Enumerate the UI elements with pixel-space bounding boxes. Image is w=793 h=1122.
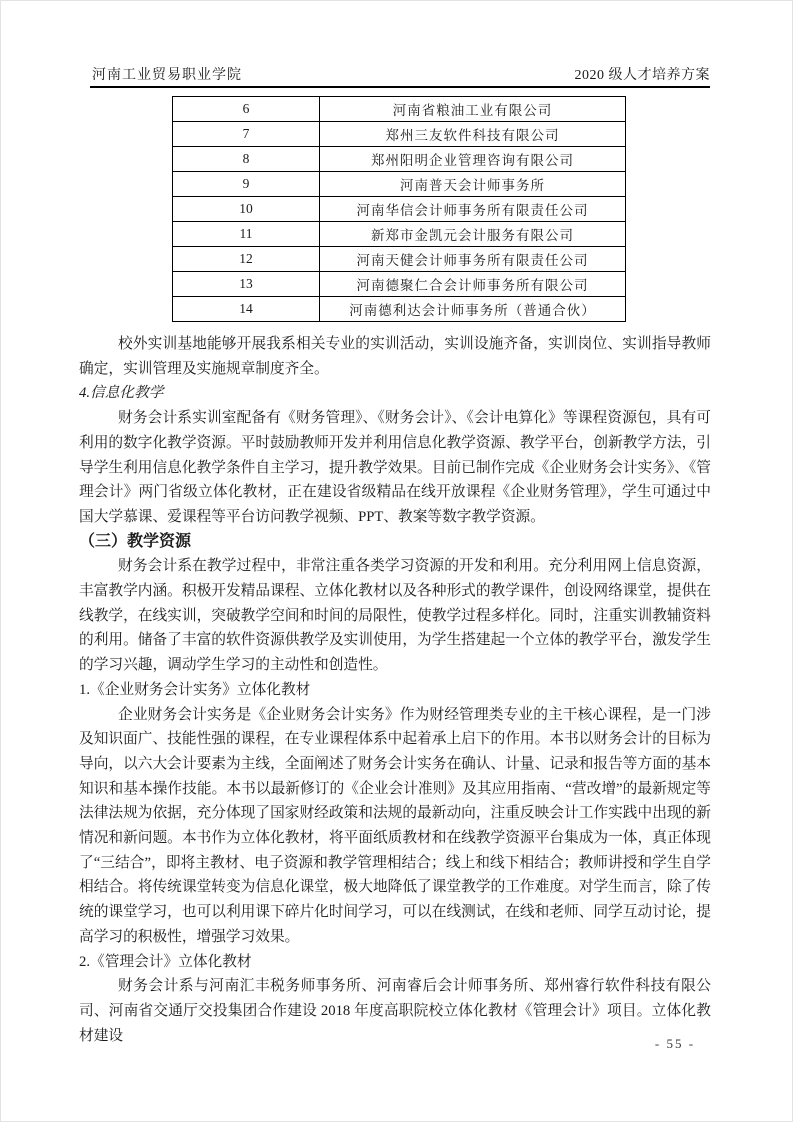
company-name-cell: 新郑市金凯元会计服务有限公司	[320, 222, 626, 247]
paragraph-informatization-teaching: 财务会计系实训室配备有《财务管理》、《财务会计》、《会计电算化》等课程资源包，具…	[79, 406, 711, 530]
table-row: 7 郑州三友软件科技有限公司	[173, 122, 626, 147]
row-number-cell: 8	[173, 147, 320, 172]
paragraph-textbook-1: 企业财务会计实务是《企业财务会计实务》作为财经管理类专业的主干核心课程，是一门涉…	[79, 703, 711, 950]
company-name-cell: 河南德聚仁合会计师事务所有限公司	[320, 272, 626, 297]
table-row: 6 河南省粮油工业有限公司	[173, 97, 626, 122]
table-row: 10 河南华信会计师事务所有限责任公司	[173, 197, 626, 222]
table-row: 8 郑州阳明企业管理咨询有限公司	[173, 147, 626, 172]
table-row: 11 新郑市金凯元会计服务有限公司	[173, 222, 626, 247]
subheading-textbook-2: 2.《管理会计》立体化教材	[79, 950, 711, 975]
company-name-cell: 河南普天会计师事务所	[320, 172, 626, 197]
body-content: 校外实训基地能够开展我系相关专业的实训活动，实训设施齐备，实训岗位、实训指导教师…	[79, 332, 711, 1048]
subheading-textbook-1: 1.《企业财务会计实务》立体化教材	[79, 678, 711, 703]
paragraph-teaching-resources: 财务会计系在教学过程中，非常注重各类学习资源的开发和利用。充分利用网上信息资源，…	[79, 554, 711, 678]
subheading-informatization-teaching: 4.信息化教学	[79, 381, 711, 406]
company-name-cell: 郑州三友软件科技有限公司	[320, 122, 626, 147]
row-number-cell: 14	[173, 297, 320, 322]
company-name-cell: 河南德利达会计师事务所（普通合伙）	[320, 297, 626, 322]
header-school-name: 河南工业贸易职业学院	[92, 64, 242, 84]
row-number-cell: 10	[173, 197, 320, 222]
document-page: 河南工业贸易职业学院 2020 级人才培养方案 6 河南省粮油工业有限公司 7 …	[0, 0, 793, 1122]
company-name-cell: 河南省粮油工业有限公司	[320, 97, 626, 122]
company-name-cell: 河南天健会计师事务所有限责任公司	[320, 247, 626, 272]
table-row: 13 河南德聚仁合会计师事务所有限公司	[173, 272, 626, 297]
row-number-cell: 13	[173, 272, 320, 297]
company-name-cell: 河南华信会计师事务所有限责任公司	[320, 197, 626, 222]
row-number-cell: 11	[173, 222, 320, 247]
section-heading-teaching-resources: （三）教学资源	[79, 530, 711, 555]
paragraph-textbook-2: 财务会计系与河南汇丰税务师事务所、河南睿后会计师事务所、郑州睿行软件科技有限公司…	[79, 974, 711, 1048]
row-number-cell: 12	[173, 247, 320, 272]
page-number: - 55 -	[640, 1036, 710, 1052]
row-number-cell: 7	[173, 122, 320, 147]
practice-base-table: 6 河南省粮油工业有限公司 7 郑州三友软件科技有限公司 8 郑州阳明企业管理咨…	[172, 96, 626, 322]
row-number-cell: 9	[173, 172, 320, 197]
header-rule	[90, 86, 710, 88]
table-row: 12 河南天健会计师事务所有限责任公司	[173, 247, 626, 272]
row-number-cell: 6	[173, 97, 320, 122]
paragraph-practice-base: 校外实训基地能够开展我系相关专业的实训活动，实训设施齐备，实训岗位、实训指导教师…	[79, 332, 711, 381]
table-row: 14 河南德利达会计师事务所（普通合伙）	[173, 297, 626, 322]
header-plan-title: 2020 级人才培养方案	[575, 64, 711, 84]
company-name-cell: 郑州阳明企业管理咨询有限公司	[320, 147, 626, 172]
table-row: 9 河南普天会计师事务所	[173, 172, 626, 197]
